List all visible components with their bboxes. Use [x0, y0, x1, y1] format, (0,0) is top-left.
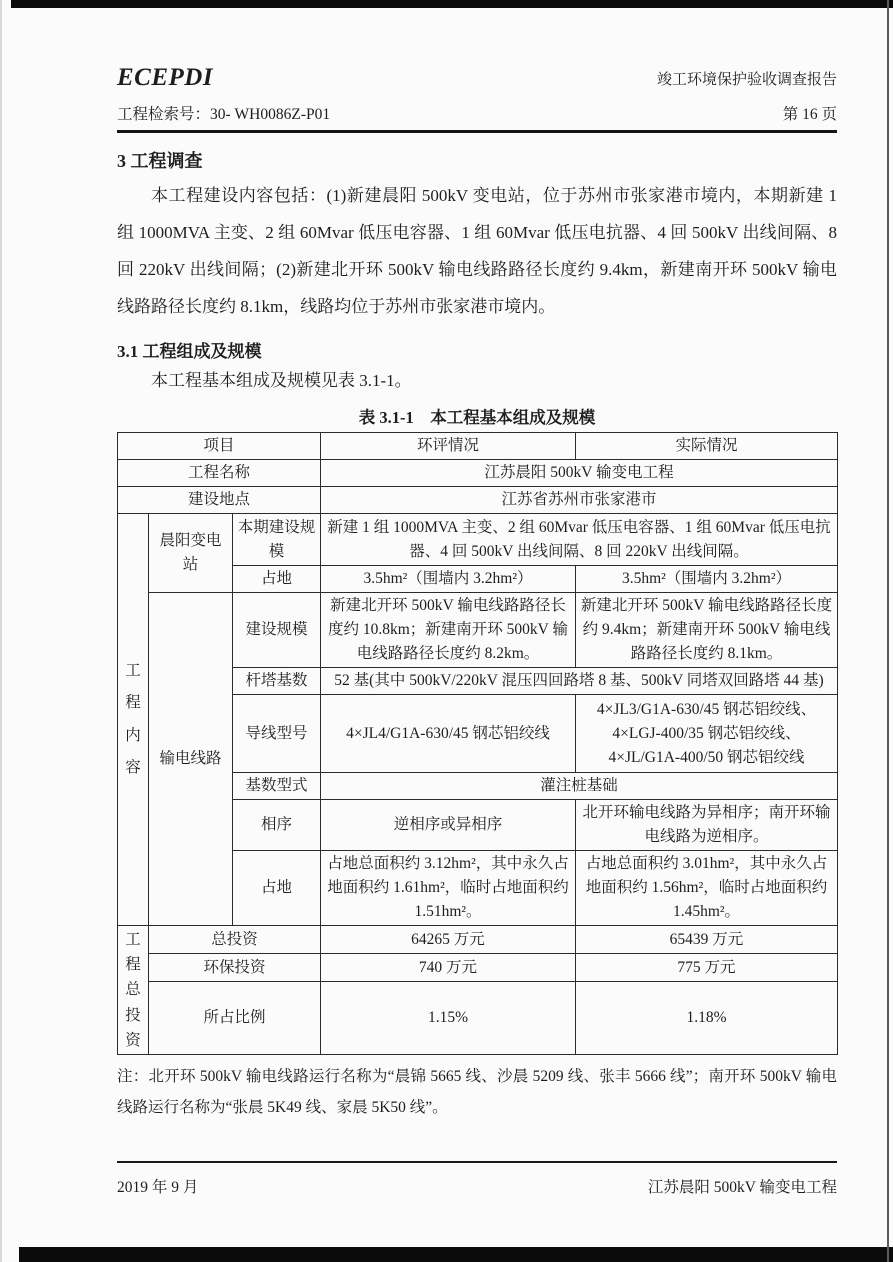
group-label-substation: 晨阳变电站 [149, 514, 233, 593]
cell-line-scale-eia: 新建北开环 500kV 输电线路路径长度约 10.8km；新建南开环 500kV… [321, 593, 576, 668]
table-note: 注：北开环 500kV 输电线路运行名称为“晨锦 5665 线、沙晨 5209 … [117, 1061, 837, 1123]
scan-edge-right [887, 0, 889, 1262]
cell-towers: 52 基(其中 500kV/220kV 混压四回路塔 8 基、500kV 同塔双… [321, 668, 838, 695]
row-label-investment-env: 环保投资 [149, 954, 321, 982]
page: { "header": { "logo": "ECEPDI", "report_… [0, 0, 893, 1262]
cell-foundation: 灌注桩基础 [321, 773, 838, 800]
table-row: 所占比例 1.15% 1.18% [118, 982, 838, 1055]
row-label-line-scale: 建设规模 [233, 593, 321, 668]
footer-date: 2019 年 9 月 [117, 1175, 198, 1197]
row-label-towers: 杆塔基数 [233, 668, 321, 695]
scan-edge-left [0, 0, 2, 1262]
row-label-location: 建设地点 [118, 487, 321, 514]
cell-project-name: 江苏晨阳 500kV 输变电工程 [321, 460, 838, 487]
footer: 2019 年 9 月 江苏晨阳 500kV 输变电工程 [117, 1175, 837, 1197]
cell-line-area-actual: 占地总面积约 3.01hm²，其中永久占地面积约 1.56hm²，临时占地面积约… [576, 851, 838, 926]
cell-investment-ratio-eia: 1.15% [321, 982, 576, 1055]
table-row: 输电线路 建设规模 新建北开环 500kV 输电线路路径长度约 10.8km；新… [118, 593, 838, 668]
table-row: 工程名称 江苏晨阳 500kV 输变电工程 [118, 460, 838, 487]
footer-project-name: 江苏晨阳 500kV 输变电工程 [648, 1175, 837, 1197]
table-intro: 本工程基本组成及规模见表 3.1-1。 [117, 364, 837, 398]
cell-substation-area-eia: 3.5hm²（围墙内 3.2hm²） [321, 566, 576, 593]
group-label-total-investment: 工程总投资 [118, 926, 149, 1055]
row-label-substation-area: 占地 [233, 566, 321, 593]
cell-investment-total-eia: 64265 万元 [321, 926, 576, 954]
row-label-investment-total: 总投资 [149, 926, 321, 954]
row-label-project-name: 工程名称 [118, 460, 321, 487]
page-content: ECEPDI 竣工环境保护验收调查报告 工程检索号：30- WH0086Z-P0… [117, 0, 837, 1123]
doc-number: 工程检索号：30- WH0086Z-P01 [117, 102, 330, 124]
scan-edge-bottom [19, 1247, 893, 1262]
cell-substation-scale: 新建 1 组 1000MVA 主变、2 组 60Mvar 低压电容器、1 组 6… [321, 514, 838, 566]
row-label-phase: 相序 [233, 800, 321, 851]
table-row: 建设地点 江苏省苏州市张家港市 [118, 487, 838, 514]
cell-phase-eia: 逆相序或异相序 [321, 800, 576, 851]
page-number: 第 16 页 [783, 102, 837, 124]
cell-investment-env-eia: 740 万元 [321, 954, 576, 982]
section-heading: 3 工程调查 [117, 147, 837, 173]
table-caption: 表 3.1-1 本工程基本组成及规模 [117, 404, 837, 428]
row-label-substation-scale: 本期建设规模 [233, 514, 321, 566]
subsection-heading: 3.1 工程组成及规模 [117, 337, 837, 362]
group-label-transmission-line: 输电线路 [149, 593, 233, 926]
header-meta: 工程检索号：30- WH0086Z-P01 第 16 页 [117, 102, 837, 124]
cell-investment-ratio-actual: 1.18% [576, 982, 838, 1055]
cell-substation-area-actual: 3.5hm²（围墙内 3.2hm²） [576, 566, 838, 593]
cell-conductor-eia: 4×JL4/G1A-630/45 钢芯铝绞线 [321, 695, 576, 773]
cell-line-area-eia: 占地总面积约 3.12hm²，其中永久占地面积约 1.61hm²，临时占地面积约… [321, 851, 576, 926]
group-label-project-content: 工程内容 [118, 514, 149, 926]
cell-investment-env-actual: 775 万元 [576, 954, 838, 982]
cell-investment-total-actual: 65439 万元 [576, 926, 838, 954]
body-paragraph: 本工程建设内容包括：(1)新建晨阳 500kV 变电站，位于苏州市张家港市境内，… [117, 177, 837, 325]
cell-location: 江苏省苏州市张家港市 [321, 487, 838, 514]
company-logo: ECEPDI [117, 64, 213, 92]
cell-phase-actual: 北开环输电线路为异相序；南开环输电线路为逆相序。 [576, 800, 838, 851]
table-row: 环保投资 740 万元 775 万元 [118, 954, 838, 982]
table-row: 工程内容 晨阳变电站 本期建设规模 新建 1 组 1000MVA 主变、2 组 … [118, 514, 838, 566]
col-header-actual: 实际情况 [576, 433, 838, 460]
report-title: 竣工环境保护验收调查报告 [657, 68, 837, 92]
row-label-conductor: 导线型号 [233, 695, 321, 773]
header: ECEPDI 竣工环境保护验收调查报告 [117, 64, 837, 92]
table-header-row: 项目 环评情况 实际情况 [118, 433, 838, 460]
footer-rule [117, 1161, 837, 1163]
row-label-foundation: 基数型式 [233, 773, 321, 800]
row-label-investment-ratio: 所占比例 [149, 982, 321, 1055]
row-label-line-area: 占地 [233, 851, 321, 926]
col-header-eia: 环评情况 [321, 433, 576, 460]
cell-conductor-actual: 4×JL3/G1A-630/45 钢芯铝绞线、4×LGJ-400/35 钢芯铝绞… [576, 695, 838, 773]
cell-line-scale-actual: 新建北开环 500kV 输电线路路径长度约 9.4km；新建南开环 500kV … [576, 593, 838, 668]
col-header-item: 项目 [118, 433, 321, 460]
header-rule [117, 130, 837, 133]
composition-table: 项目 环评情况 实际情况 工程名称 江苏晨阳 500kV 输变电工程 建设地点 … [117, 432, 838, 1055]
table-row: 工程总投资 总投资 64265 万元 65439 万元 [118, 926, 838, 954]
